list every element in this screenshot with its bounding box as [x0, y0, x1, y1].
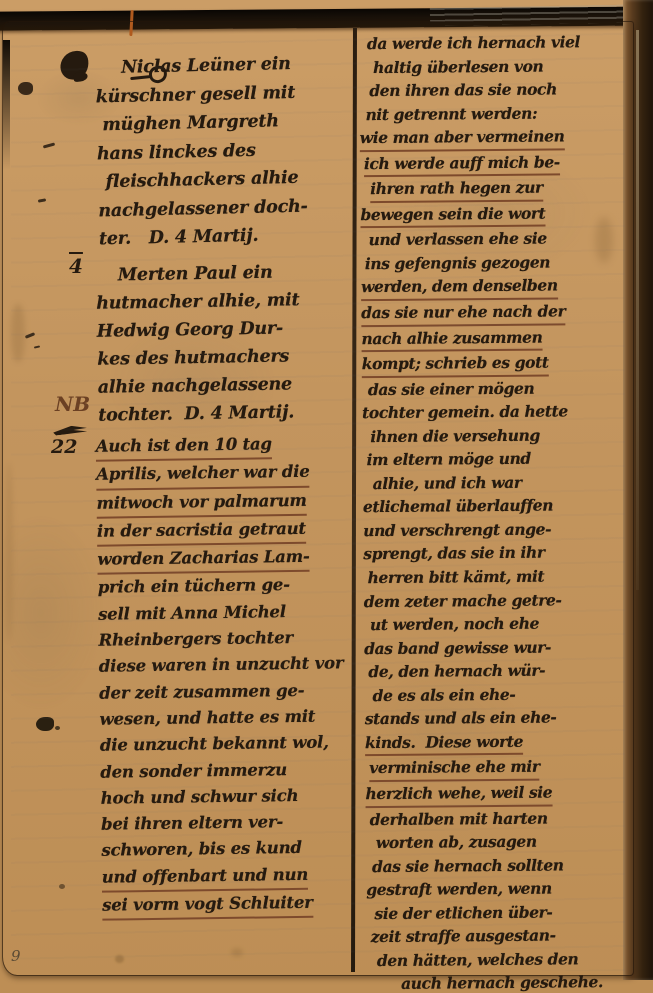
manuscript-line: de es als ein ehe-	[364, 682, 628, 708]
manuscript-line: ut werden, noch ehe	[364, 611, 628, 637]
manuscript-line: alhie nachgelassene	[98, 370, 302, 402]
manuscript-line: in der sacristia getraut	[97, 515, 342, 547]
manuscript-line: schworen, bis es kund	[101, 835, 346, 865]
manuscript-line: Auch ist den 10 tag	[96, 430, 341, 462]
margin-number-4: 4	[69, 254, 83, 278]
manuscript-line: ihnen die versehung	[362, 423, 626, 449]
manuscript-line: worten ab, zusagen	[366, 829, 630, 855]
nb-underline-flourish	[53, 424, 88, 436]
manuscript-line: das sie hernach sollten	[366, 852, 630, 878]
paper-stain	[231, 948, 243, 957]
manuscript-line: tochter. D. 4 Martij.	[98, 398, 302, 430]
manuscript-line: bei ihren eltern ver-	[101, 808, 346, 838]
manuscript-line: müghen Margreth	[96, 107, 306, 140]
manuscript-line: Rheinbergers tochter	[98, 624, 343, 654]
manuscript-line: im eltern möge und	[362, 446, 626, 472]
manuscript-line: gestraft werden, wenn	[366, 876, 630, 902]
manuscript-line: alhie, und ich war	[363, 470, 627, 496]
manuscript-line: das band gewisse wur-	[364, 635, 628, 661]
manuscript-line: dem zeter mache getre-	[364, 587, 628, 613]
manuscript-line: nit getrennt werden:	[359, 101, 623, 127]
manuscript-line: sprengt, das sie in ihr	[363, 540, 627, 566]
ink-stain	[18, 82, 33, 95]
manuscript-line: Hedwig Georg Dur-	[97, 314, 301, 346]
manuscript-line: und verlassen ehe sie	[361, 226, 625, 252]
manuscript-line: und verschrengt ange-	[363, 517, 627, 543]
corner-pencil-mark: 9	[11, 947, 21, 965]
manuscript-line: der zeit zusammen ge-	[99, 677, 344, 707]
manuscript-line: bewegen sein die wort	[360, 201, 624, 229]
manuscript-line: das sie nur ehe nach der	[361, 299, 625, 327]
margin-number-22: 22	[51, 436, 77, 458]
margin-tick	[25, 332, 35, 339]
manuscript-line: ich werde auff mich be-	[360, 150, 624, 178]
manuscript-line: sie der etlichen über-	[366, 900, 630, 926]
manuscript-line: de, den hernach wür-	[364, 658, 628, 684]
manuscript-line: nachgelassener doch-	[98, 192, 308, 225]
manuscript-line: Merten Paul ein	[96, 258, 300, 290]
manuscript-line: werden, dem denselben	[361, 273, 625, 301]
manuscript-line: den hätten, welches den	[367, 947, 631, 973]
manuscript-line: verminische ehe mir	[365, 754, 629, 782]
manuscript-line: und offenbart und nun	[102, 861, 347, 893]
manuscript-line: prich ein tüchern ge-	[98, 572, 343, 602]
manuscript-line: diese waren in unzucht vor	[99, 651, 344, 681]
left-column-entry-3: Auch ist den 10 tagAprilis, welcher war …	[96, 430, 347, 921]
manuscript-line: kes des hutmachers	[97, 342, 301, 374]
cover-edge-sliver	[3, 40, 10, 170]
paper-stain	[115, 955, 124, 963]
manuscript-line: wie man aber vermeinen	[360, 124, 624, 152]
manuscript-line: hutmacher alhie, mit	[96, 286, 300, 318]
manuscript-line: die unzucht bekannt wol,	[100, 730, 345, 760]
manuscript-line: nach alhie zusammen	[361, 324, 625, 352]
ink-blot	[57, 47, 92, 84]
column-divider-rule	[351, 28, 357, 972]
fore-edge-highlight	[636, 30, 639, 590]
paper-stain	[5, 462, 13, 642]
manuscript-line: stands und als ein ehe-	[365, 705, 629, 731]
manuscript-line: worden Zacharias Lam-	[97, 543, 342, 575]
manuscript-line: herren bitt kämt, mit	[363, 564, 627, 590]
margin-nota-bene: NB	[55, 392, 90, 416]
manuscript-line: tochter gemein. da hette	[362, 399, 626, 425]
manuscript-line: hoch und schwur sich	[101, 782, 346, 812]
right-column-text: da werde ich hernach vielhaltig überlese…	[359, 30, 631, 993]
manuscript-line: haltig überlesen von	[359, 53, 623, 79]
left-column-entry-1: Niclas Leüner einkürschner gesell mitmüg…	[95, 50, 309, 254]
manuscript-line: da werde ich hernach viel	[359, 30, 623, 56]
margin-tick	[43, 142, 55, 148]
manuscript-line: wesen, und hatte es mit	[99, 703, 344, 733]
manuscript-page: 4 NB 22 9 Niclas Leüner einkürschner ges…	[3, 22, 633, 975]
manuscript-line: ter. D. 4 Martij.	[99, 221, 309, 254]
manuscript-line: herzlich wehe, weil sie	[365, 780, 629, 808]
left-column-entry-2: Merten Paul einhutmacher alhie, mitHedwi…	[96, 258, 302, 430]
manuscript-line: kinds. Diese worte	[365, 729, 629, 757]
manuscript-line: mitwoch vor palmarum	[96, 487, 341, 519]
manuscript-line: sei vorm vogt Schluiter	[102, 889, 347, 921]
manuscript-line: sell mit Anna Michel	[98, 598, 343, 628]
manuscript-line: derhalben mit harten	[366, 805, 630, 831]
manuscript-line: Aprilis, welcher war die	[96, 459, 341, 491]
ink-stain	[36, 717, 54, 731]
manuscript-line: ihren rath hegen zur	[360, 175, 624, 203]
manuscript-line: den ihren das sie noch	[359, 77, 623, 103]
paper-stain	[11, 304, 25, 362]
manuscript-line: auch hernach geschehe.	[367, 970, 631, 993]
manuscript-line: etlichemal überlauffen	[363, 493, 627, 519]
margin-tick	[38, 198, 46, 202]
manuscript-line: zeit straffe ausgestan-	[367, 923, 631, 949]
manuscript-line: den sonder immerzu	[100, 756, 345, 786]
margin-tick	[34, 345, 40, 348]
manuscript-line: kompt; schrieb es gott	[362, 350, 626, 378]
manuscript-line: das sie einer mögen	[362, 376, 626, 402]
paper-stain	[59, 884, 65, 889]
manuscript-line: ins gefengnis gezogen	[361, 250, 625, 276]
manuscript-scan: 4 NB 22 9 Niclas Leüner einkürschner ges…	[0, 0, 653, 993]
